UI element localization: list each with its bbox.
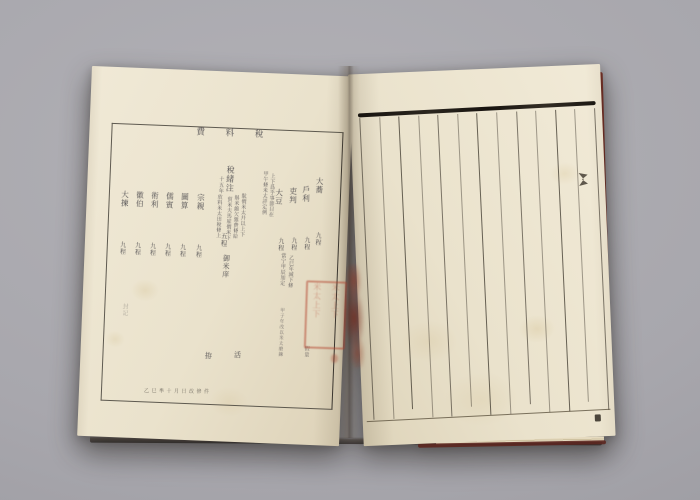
handwritten-note: 乙巳秊十月日改修件 [144, 389, 212, 396]
entry-column: 戶利 [301, 185, 310, 202]
annotation-column: 乙巳年減下條 [286, 255, 293, 288]
grade-label: 九程 [313, 232, 320, 246]
ruled-line [594, 108, 609, 410]
grade-label: 九程 [193, 244, 200, 258]
book: 費 料 稅 稅緒注 十五年 駄價米太幷以上下 斛米縮欠雜費條給 貿米夫馬雇價米下… [88, 60, 612, 452]
ruled-line [574, 109, 589, 402]
ink-spot [595, 414, 601, 421]
grade-label: 九程 [117, 241, 124, 255]
grade-label: 九程 [162, 243, 169, 257]
ruled-line [516, 112, 531, 405]
left-page: 費 料 稅 稅緒注 十五年 駄價米太幷以上下 斛米縮欠雜費條給 貿米夫馬雇價米下… [77, 66, 354, 446]
entry-column: 宗親 [195, 193, 204, 210]
ruled-line [555, 110, 570, 412]
ruled-line [535, 111, 550, 413]
right-page [348, 64, 615, 446]
ruled-line [496, 112, 511, 414]
ruled-line [457, 114, 472, 407]
red-seal-stamp: 米太上下 米太上下 [304, 280, 347, 349]
grade-label: 九程 [177, 244, 184, 258]
entry-column: 大豆 [274, 188, 283, 205]
entry-column: 大揀 [119, 190, 128, 207]
left-page-frame: 費 料 稅 稅緒注 十五年 駄價米太幷以上下 斛米縮欠雜費條給 貿米夫馬雇價米下… [101, 123, 344, 410]
gutter-annotation: 甲子年改以米太磨鍊 [277, 308, 284, 358]
bottom-character: 拵 [204, 352, 212, 360]
seal-text: 米太上下 [310, 283, 323, 347]
grade-label: 九程 [289, 237, 296, 251]
entry-column: 圖算 [179, 193, 188, 210]
grade-label: 九程 [147, 242, 154, 256]
entry-column: 儒賓 [164, 192, 173, 209]
annotation-column: 當宁甲辰加定 [278, 253, 285, 286]
entry-column: 術利 [149, 191, 158, 208]
corner-mark: 封記 [121, 303, 128, 316]
entry-column: 大蕎 [314, 177, 323, 194]
bottom-character: 活 [233, 351, 241, 359]
red-ink-smudge [343, 264, 367, 369]
grade-label: 九程 [132, 242, 139, 256]
main-entry-subtitle: 御米庠 [222, 254, 231, 278]
ruled-line [379, 117, 394, 419]
ruled-columns [360, 108, 608, 420]
main-entry-side-note: 十五年 [217, 176, 223, 194]
main-entry-grade: 五程 [219, 232, 227, 247]
ruled-line [477, 113, 492, 415]
page-header-title: 費 料 稅 [196, 128, 272, 141]
photo-background: 費 料 稅 稅緒注 十五年 駄價米太幷以上下 斛米縮欠雜費條給 貿米夫馬雇價米下… [0, 0, 700, 500]
ruled-line [398, 116, 413, 409]
entry-column: 徽伯 [134, 191, 143, 208]
seal-text: 米太上下 [328, 283, 341, 347]
grade-label: 九程 [302, 237, 309, 251]
ruled-line [438, 115, 453, 417]
entry-column: 吏判 [288, 187, 297, 204]
small-note-column: 上下爲乎事節目在 [267, 173, 275, 217]
main-entry-title: 稅緒注 [225, 165, 235, 192]
grade-label: 九程 [276, 238, 283, 252]
red-ink-speck [331, 354, 338, 363]
ruled-line [418, 116, 433, 418]
